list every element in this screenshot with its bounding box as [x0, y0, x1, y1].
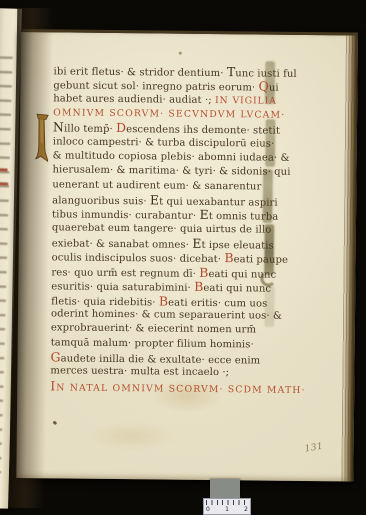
facing-page-red-fragment	[0, 168, 8, 171]
text-run: exprobrauerint· & eiecerint nomen urm̄	[51, 323, 256, 336]
text-run: B	[159, 293, 168, 308]
facing-page-red-fragment	[0, 182, 8, 185]
ink-speck	[179, 52, 182, 55]
text-run: eati qui nunc	[203, 283, 271, 295]
gray-calibration-tab	[210, 479, 240, 500]
text-block: ibi erit fletus· & stridor dentium· Tunc…	[50, 63, 303, 396]
text-run: T	[227, 64, 236, 79]
folio-number: 131	[304, 442, 324, 455]
text-run: fletis· quia ridebitis·	[51, 296, 159, 308]
parchment-page: ibi erit fletus· & stridor dentium· Tunc…	[16, 29, 358, 482]
text-run: ui	[269, 83, 279, 94]
text-run: t qui uexabantur aspiri	[159, 197, 278, 209]
manuscript-photo: ibi erit fletus· & stridor dentium· Tunc…	[0, 0, 366, 515]
page-fore-edge	[341, 35, 358, 481]
ruler-label-1: 1	[225, 506, 229, 513]
text-run: t omnis turba	[209, 211, 279, 223]
text-run: eati eritis· cum uos	[168, 297, 267, 309]
text-run: eati qui nunc	[208, 269, 276, 281]
text-run: tamquā malum· propter filium hominis·	[51, 337, 254, 350]
text-run: uenerant ut audirent eum· & sanarentur	[52, 179, 261, 192]
text-run: escendens ihs demonte· stetit	[126, 124, 280, 137]
text-run: quaerebat eum tangere· quia uirtus de il…	[52, 222, 272, 235]
text-run: inloco campestri· & turba discipulorū ei…	[53, 136, 275, 149]
measurement-ruler: 0 1 2	[203, 498, 251, 515]
facing-page-text-fragments	[0, 56, 13, 474]
parchment-stain	[87, 421, 177, 452]
text-run: D	[116, 120, 126, 135]
ruler-ticks	[206, 500, 248, 505]
text-run: E	[199, 207, 208, 222]
text-run: merces uestra· multa est incaelo ·;	[50, 366, 229, 379]
text-run: E	[150, 192, 159, 207]
ruler-numbers: 0 1 2	[206, 506, 248, 513]
text-run: N NATAL OMNIVM SCORVM· SCDM MATH·	[56, 382, 305, 396]
rubric-line: IN NATAL OMNIVM SCORVM· SCDM MATH·	[50, 379, 300, 396]
text-run: B	[199, 265, 208, 280]
text-run: E	[192, 236, 201, 251]
ruler-label-2: 2	[244, 506, 248, 513]
ruler-label-0: 0	[206, 506, 210, 513]
text-run: t ipse eleuatis	[201, 240, 273, 252]
text-run: B	[224, 251, 233, 266]
text-run: eati paupe	[234, 255, 289, 267]
text-run: N	[53, 120, 64, 135]
text-run: esuritis· quia saturabimini·	[51, 281, 194, 293]
illuminated-initial-I	[35, 113, 52, 165]
text-run: oderint homines· & cum separauerint uos·…	[51, 308, 282, 321]
text-run: hierusalem· & maritima· & tyri· & sidoni…	[52, 165, 290, 178]
text-run: & multitudo copiosa plebis· abomni iudae…	[53, 150, 290, 163]
ink-speck	[52, 420, 57, 425]
text-run: tibus inmundis· curabantur·	[52, 210, 200, 223]
text-run: OMNIVM SCORVM· SECVNDVM LVCAM·	[53, 107, 285, 120]
text-run: alanguoribus suis·	[52, 195, 150, 207]
text-run: habet aures audiendi· audiat ·;	[53, 93, 215, 106]
text-run: illo temp̄·	[64, 124, 116, 136]
text-run: B	[194, 279, 203, 294]
text-run: IN VIGILIA	[215, 95, 277, 107]
text-run: G	[50, 349, 60, 364]
